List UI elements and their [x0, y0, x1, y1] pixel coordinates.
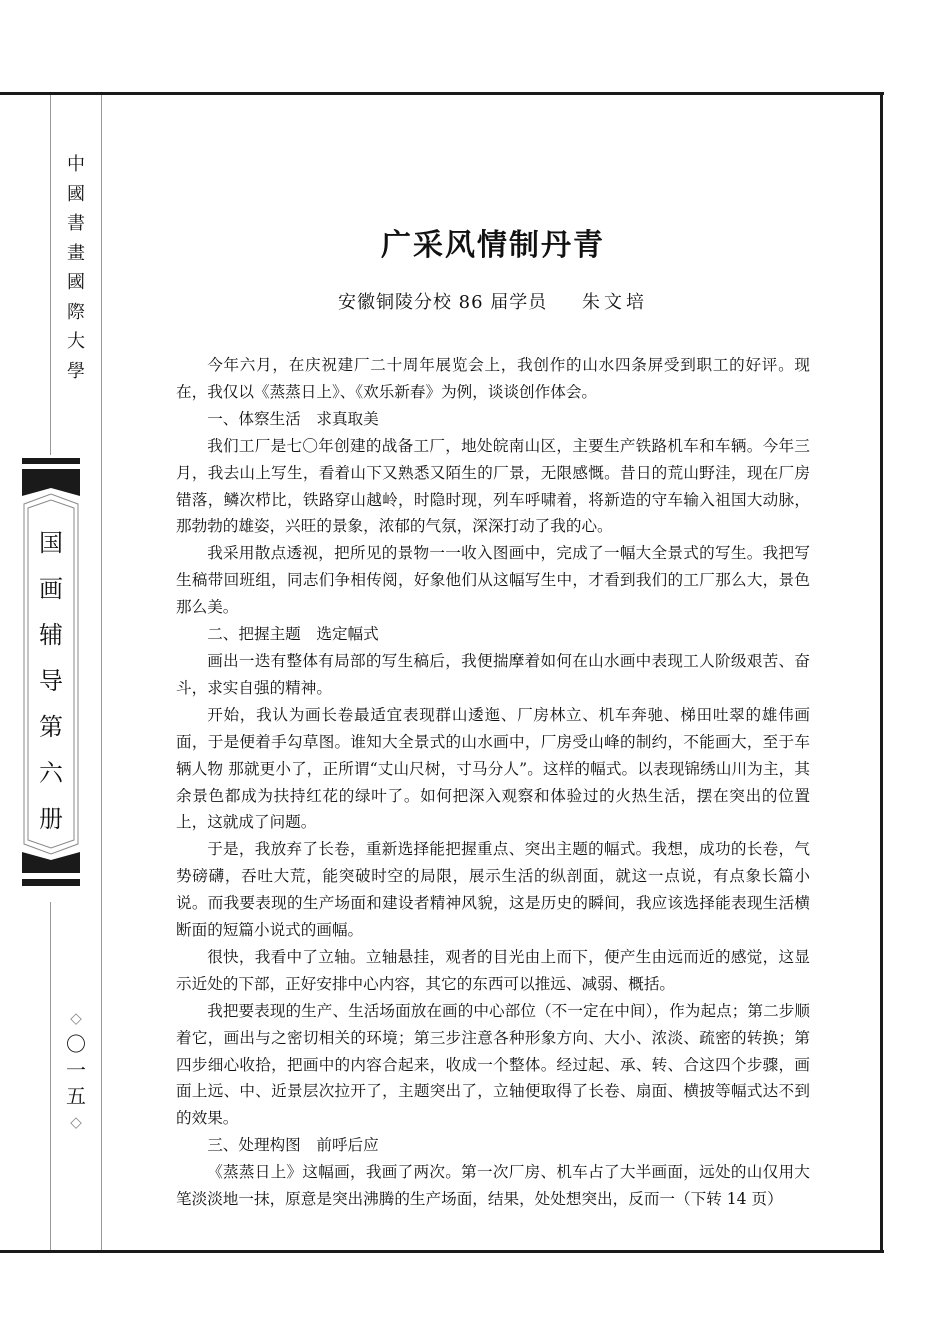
page-number-digit: 〇 — [58, 1031, 94, 1057]
author-name: 朱文培 — [582, 292, 648, 313]
spine-series-title: 中 國 書 畫 國 際 大 學 — [58, 150, 94, 386]
section-heading: 三、处理构图 前呼后应 — [176, 1132, 810, 1159]
page-number: ◇ 〇 一 五 ◇ — [58, 1005, 94, 1135]
spine-char: 學 — [58, 357, 94, 387]
spine-char: 大 — [58, 327, 94, 357]
page-number-digit: 一 — [58, 1057, 94, 1083]
author-affiliation: 安徽铜陵分校 86 届学员 — [338, 292, 547, 313]
page-number-digit: 五 — [58, 1083, 94, 1109]
volume-char: 画 — [22, 566, 80, 612]
article-title: 广采风情制丹青 — [176, 220, 810, 264]
spine-inner-rule — [101, 95, 102, 1250]
spine-char: 中 — [58, 150, 94, 180]
volume-title: 国 画 辅 导 第 六 册 — [22, 520, 80, 842]
spine-char: 際 — [58, 298, 94, 328]
volume-char: 国 — [22, 520, 80, 566]
article-body: 今年六月，在庆祝建厂二十周年展览会上，我创作的山水四条屏受到职工的好评。现在，我… — [176, 352, 810, 1213]
paragraph: 今年六月，在庆祝建厂二十周年展览会上，我创作的山水四条屏受到职工的好评。现在，我… — [176, 352, 810, 406]
volume-char: 册 — [22, 796, 80, 842]
paragraph: 我们工厂是七〇年创建的战备工厂，地处皖南山区，主要生产铁路机车和车辆。今年三月，… — [176, 433, 810, 541]
paragraph: 开始，我认为画长卷最适宜表现群山逶迤、厂房林立、机车奔驰、梯田吐翠的雄伟画面，于… — [176, 702, 810, 837]
spine-char: 畫 — [58, 239, 94, 269]
volume-char: 辅 — [22, 612, 80, 658]
volume-char: 六 — [22, 750, 80, 796]
section-heading: 一、体察生活 求真取美 — [176, 406, 810, 433]
volume-banner: 国 画 辅 导 第 六 册 — [22, 458, 80, 888]
page-frame-bottom-border — [0, 1250, 884, 1253]
paragraph: 画出一迭有整体有局部的写生稿后，我便揣摩着如何在山水画中表现工人阶级艰苦、奋斗，… — [176, 648, 810, 702]
paragraph: 我采用散点透视，把所见的景物一一收入图画中，完成了一幅大全景式的写生。我把写生稿… — [176, 540, 810, 621]
paragraph: 于是，我放弃了长卷，重新选择能把握重点、突出主题的幅式。我想，成功的长卷，气势磅… — [176, 836, 810, 944]
paragraph: 我把要表现的生产、生活场面放在画的中心部位（不一定在中间），作为起点；第二步顺着… — [176, 998, 810, 1133]
diamond-icon: ◇ — [58, 1005, 94, 1031]
spine-outer-rule-upper — [50, 95, 51, 455]
volume-char: 导 — [22, 658, 80, 704]
diamond-icon: ◇ — [58, 1109, 94, 1135]
volume-char: 第 — [22, 704, 80, 750]
paragraph: 很快，我看中了立轴。立轴悬挂，观者的目光由上而下，便产生由远而近的感觉，这显示近… — [176, 944, 810, 998]
paragraph: 《蒸蒸日上》这幅画，我画了两次。第一次厂房、机车占了大半画面，远处的山仅用大笔淡… — [176, 1159, 810, 1213]
spine-char: 國 — [58, 180, 94, 210]
section-heading: 二、把握主题 选定幅式 — [176, 621, 810, 648]
page-frame-top-border — [0, 92, 884, 95]
spine-char: 國 — [58, 268, 94, 298]
spine-outer-rule-lower — [50, 902, 51, 1250]
article-byline: 安徽铜陵分校 86 届学员 朱文培 — [176, 288, 810, 314]
spine-char: 書 — [58, 209, 94, 239]
page-frame-right-border — [880, 92, 883, 1253]
